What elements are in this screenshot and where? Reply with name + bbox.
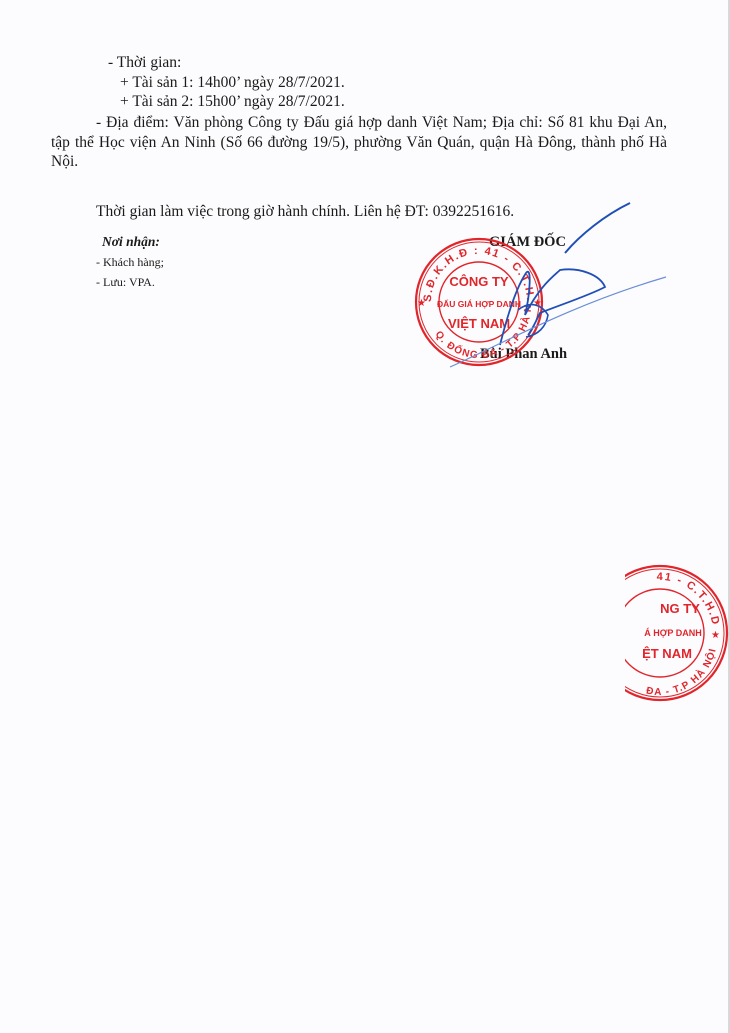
star-icon: ★: [711, 630, 720, 641]
location-paragraph: - Địa điểm: Văn phòng Công ty Đấu giá hợ…: [51, 113, 667, 172]
time-heading: - Thời gian:: [108, 54, 181, 72]
edge-stamp-outer: 41 - C.T.H.D: [657, 571, 722, 627]
edge-stamp-line-1: NG TY: [660, 601, 700, 616]
signature-scribble: [430, 195, 670, 375]
svg-text:41 - C.T.H.D: 41 - C.T.H.D: [657, 571, 722, 627]
edge-stamp: 41 - C.T.H.D ĐA - T.P HÀ NỘI ★ NG TY Á H…: [585, 558, 730, 708]
asset-2-time: + Tài sản 2: 15h00’ ngày 28/7/2021.: [120, 93, 345, 111]
recipient-item: - Khách hàng;: [96, 253, 164, 271]
edge-stamp-line-2: Á HỢP DANH: [644, 628, 702, 638]
edge-stamp-line-3: ỆT NAM: [642, 646, 692, 661]
asset-1-time: + Tài sản 1: 14h00’ ngày 28/7/2021.: [120, 74, 345, 92]
recipients-heading: Nơi nhận:: [102, 233, 160, 251]
recipient-item: - Lưu: VPA.: [96, 273, 155, 291]
star-icon: ★: [417, 298, 426, 309]
